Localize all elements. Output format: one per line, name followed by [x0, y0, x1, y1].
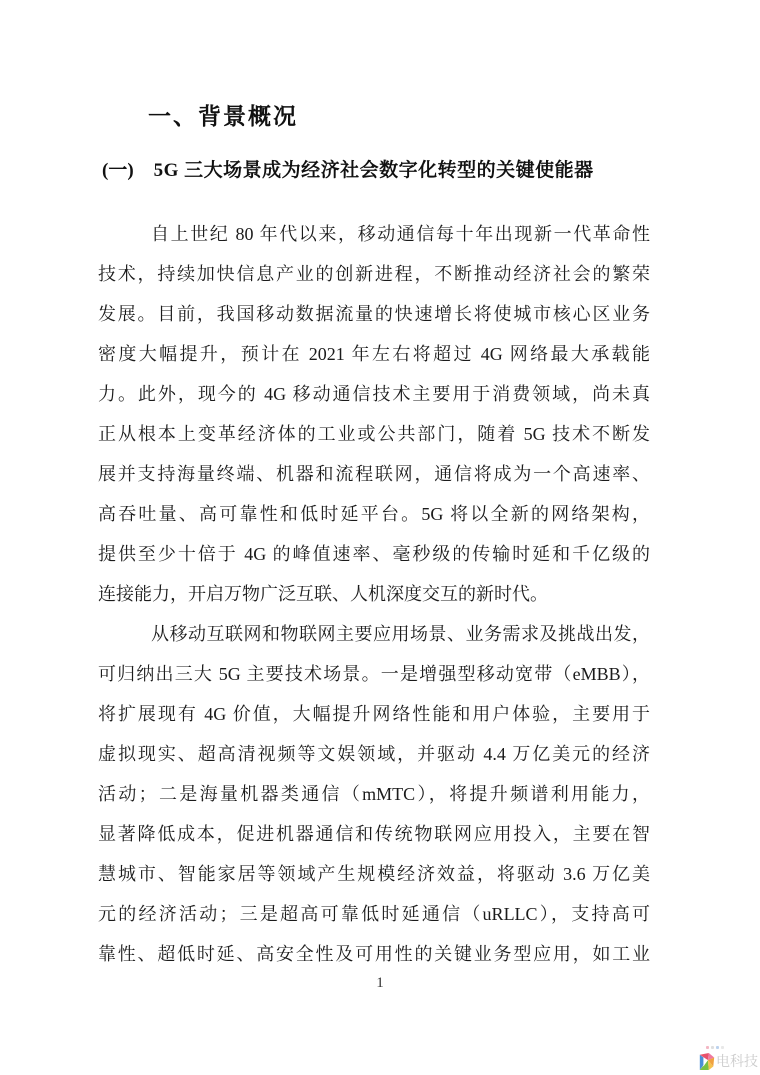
- watermark: 电科技: [698, 1051, 758, 1071]
- page-number: 1: [0, 975, 760, 992]
- watermark-text: 电科技: [716, 1051, 758, 1071]
- paragraph-line: 活动；二是海量机器类通信（mMTC），将提升频谱利用能力，: [98, 774, 650, 814]
- subsection-title: 5G 三大场景成为经济社会数字化转型的关键使能器: [154, 160, 594, 181]
- paragraph-line: 从移动互联网和物联网主要应用场景、业务需求及挑战出发，: [98, 614, 650, 654]
- paragraph-line: 技术，持续加快信息产业的创新进程，不断推动经济社会的繁荣: [98, 254, 650, 294]
- paragraph-line: 密度大幅提升，预计在 2021 年左右将超过 4G 网络最大承载能: [98, 334, 650, 374]
- watermark-mini-dots: [706, 1046, 724, 1049]
- paragraph-line: 元的经济活动；三是超高可靠低时延通信（uRLLC），支持高可: [98, 894, 650, 934]
- paragraph-line: 自上世纪 80 年代以来，移动通信每十年出现新一代革命性: [98, 214, 650, 254]
- paragraph-line: 展并支持海量终端、机器和流程联网，通信将成为一个高速率、: [98, 454, 650, 494]
- paragraph-line: 提供至少十倍于 4G 的峰值速率、毫秒级的传输时延和千亿级的: [98, 534, 650, 574]
- section-heading: 一、背景概况: [148, 98, 298, 131]
- paragraph-line: 慧城市、智能家居等领域产生规模经济效益，将驱动 3.6 万亿美: [98, 854, 650, 894]
- watermark-logo-icon: [698, 1052, 716, 1071]
- paragraph-line: 力。此外，现今的 4G 移动通信技术主要用于消费领域，尚未真: [98, 374, 650, 414]
- paragraph-line: 正从根本上变革经济体的工业或公共部门，随着 5G 技术不断发: [98, 414, 650, 454]
- paragraph-line: 连接能力，开启万物广泛互联、人机深度交互的新时代。: [98, 574, 650, 614]
- paragraph-line: 虚拟现实、超高清视频等文娱领域，并驱动 4.4 万亿美元的经济: [98, 734, 650, 774]
- paragraph-line: 可归纳出三大 5G 主要技术场景。一是增强型移动宽带（eMBB），: [98, 654, 650, 694]
- paragraph-line: 发展。目前，我国移动数据流量的快速增长将使城市核心区业务: [98, 294, 650, 334]
- paragraph-2: 从移动互联网和物联网主要应用场景、业务需求及挑战出发， 可归纳出三大 5G 主要…: [98, 614, 650, 974]
- subsection-heading: (一)5G 三大场景成为经济社会数字化转型的关键使能器: [102, 155, 594, 182]
- paragraph-1: 自上世纪 80 年代以来，移动通信每十年出现新一代革命性 技术，持续加快信息产业…: [98, 214, 650, 614]
- document-page: 一、背景概况 (一)5G 三大场景成为经济社会数字化转型的关键使能器 自上世纪 …: [0, 0, 760, 1075]
- paragraph-line: 将扩展现有 4G 价值，大幅提升网络性能和用户体验，主要用于: [98, 694, 650, 734]
- subsection-number: (一): [102, 160, 134, 181]
- paragraph-line: 靠性、超低时延、高安全性及可用性的关键业务型应用，如工业: [98, 934, 650, 974]
- paragraph-line: 高吞吐量、高可靠性和低时延平台。5G 将以全新的网络架构，: [98, 494, 650, 534]
- paragraph-line: 显著降低成本，促进机器通信和传统物联网应用投入，主要在智: [98, 814, 650, 854]
